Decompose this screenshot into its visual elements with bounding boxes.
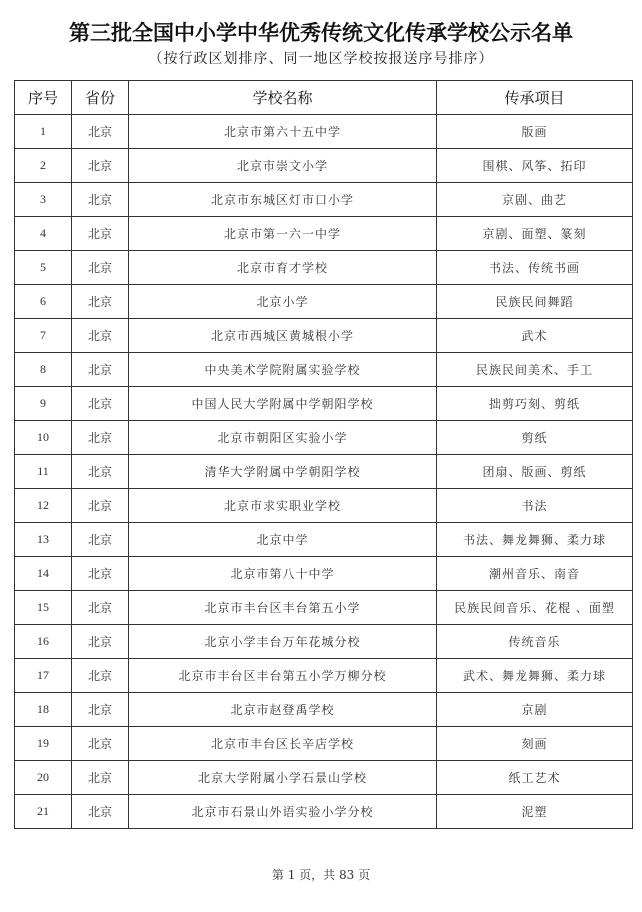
row-school-name: 中国人民大学附属中学朝阳学校 <box>129 387 437 421</box>
table-row: 16北京北京小学丰台万年花城分校传统音乐 <box>15 625 633 659</box>
table-row: 10北京北京市朝阳区实验小学剪纸 <box>15 421 633 455</box>
row-number: 17 <box>15 659 72 693</box>
row-school-name: 北京小学 <box>129 285 437 319</box>
row-school-name: 北京大学附属小学石景山学校 <box>129 761 437 795</box>
table-row: 7北京北京市西城区黄城根小学武术 <box>15 319 633 353</box>
row-province: 北京 <box>72 285 129 319</box>
school-roster-table: 序号 省份 学校名称 传承项目 1北京北京市第六十五中学版画2北京北京市崇文小学… <box>14 80 633 829</box>
row-province: 北京 <box>72 115 129 149</box>
row-heritage-project: 泥塑 <box>437 795 633 829</box>
row-province: 北京 <box>72 727 129 761</box>
table-row: 21北京北京市石景山外语实验小学分校泥塑 <box>15 795 633 829</box>
row-heritage-project: 书法、传统书画 <box>437 251 633 285</box>
row-school-name: 北京市育才学校 <box>129 251 437 285</box>
row-number: 19 <box>15 727 72 761</box>
table-row: 13北京北京中学书法、舞龙舞狮、柔力球 <box>15 523 633 557</box>
row-heritage-project: 传统音乐 <box>437 625 633 659</box>
table-header-row: 序号 省份 学校名称 传承项目 <box>15 81 633 115</box>
row-heritage-project: 潮州音乐、南音 <box>437 557 633 591</box>
page-number: 第 1 页，共 83 页 <box>0 866 642 883</box>
row-number: 8 <box>15 353 72 387</box>
row-school-name: 北京市丰台区长辛店学校 <box>129 727 437 761</box>
row-number: 15 <box>15 591 72 625</box>
row-number: 20 <box>15 761 72 795</box>
row-province: 北京 <box>72 693 129 727</box>
row-heritage-project: 团扇、版画、剪纸 <box>437 455 633 489</box>
row-number: 16 <box>15 625 72 659</box>
row-school-name: 北京市丰台区丰台第五小学万柳分校 <box>129 659 437 693</box>
row-province: 北京 <box>72 659 129 693</box>
row-school-name: 北京市赵登禹学校 <box>129 693 437 727</box>
table-row: 8北京中央美术学院附属实验学校民族民间美术、手工 <box>15 353 633 387</box>
row-province: 北京 <box>72 795 129 829</box>
row-number: 14 <box>15 557 72 591</box>
row-number: 7 <box>15 319 72 353</box>
document-title: 第三批全国中小学中华优秀传统文化传承学校公示名单 <box>0 20 642 46</box>
row-province: 北京 <box>72 421 129 455</box>
row-heritage-project: 武术 <box>437 319 633 353</box>
row-school-name: 北京市朝阳区实验小学 <box>129 421 437 455</box>
row-number: 18 <box>15 693 72 727</box>
table-row: 5北京北京市育才学校书法、传统书画 <box>15 251 633 285</box>
table-row: 4北京北京市第一六一中学京剧、面塑、篆刻 <box>15 217 633 251</box>
row-province: 北京 <box>72 149 129 183</box>
row-number: 21 <box>15 795 72 829</box>
table-row: 3北京北京市东城区灯市口小学京剧、曲艺 <box>15 183 633 217</box>
row-heritage-project: 拙剪巧刻、剪纸 <box>437 387 633 421</box>
table-row: 11北京清华大学附属中学朝阳学校团扇、版画、剪纸 <box>15 455 633 489</box>
document-subtitle: （按行政区划排序、同一地区学校按报送序号排序） <box>0 49 642 69</box>
row-school-name: 北京市第八十中学 <box>129 557 437 591</box>
table-row: 6北京北京小学民族民间舞蹈 <box>15 285 633 319</box>
table-row: 19北京北京市丰台区长辛店学校刻画 <box>15 727 633 761</box>
row-number: 12 <box>15 489 72 523</box>
header-school: 学校名称 <box>129 81 437 115</box>
row-heritage-project: 书法、舞龙舞狮、柔力球 <box>437 523 633 557</box>
row-province: 北京 <box>72 557 129 591</box>
table-row: 18北京北京市赵登禹学校京剧 <box>15 693 633 727</box>
row-school-name: 中央美术学院附属实验学校 <box>129 353 437 387</box>
row-province: 北京 <box>72 455 129 489</box>
row-heritage-project: 围棋、风筝、拓印 <box>437 149 633 183</box>
table-row: 20北京北京大学附属小学石景山学校纸工艺术 <box>15 761 633 795</box>
row-number: 13 <box>15 523 72 557</box>
row-heritage-project: 民族民间美术、手工 <box>437 353 633 387</box>
row-number: 6 <box>15 285 72 319</box>
row-heritage-project: 刻画 <box>437 727 633 761</box>
row-heritage-project: 书法 <box>437 489 633 523</box>
row-heritage-project: 京剧 <box>437 693 633 727</box>
row-number: 9 <box>15 387 72 421</box>
row-school-name: 清华大学附属中学朝阳学校 <box>129 455 437 489</box>
row-heritage-project: 京剧、曲艺 <box>437 183 633 217</box>
row-heritage-project: 武术、舞龙舞狮、柔力球 <box>437 659 633 693</box>
table-row: 1北京北京市第六十五中学版画 <box>15 115 633 149</box>
row-number: 4 <box>15 217 72 251</box>
row-number: 1 <box>15 115 72 149</box>
row-school-name: 北京市第一六一中学 <box>129 217 437 251</box>
row-number: 11 <box>15 455 72 489</box>
row-province: 北京 <box>72 183 129 217</box>
table-row: 2北京北京市崇文小学围棋、风筝、拓印 <box>15 149 633 183</box>
row-heritage-project: 民族民间舞蹈 <box>437 285 633 319</box>
row-province: 北京 <box>72 489 129 523</box>
row-province: 北京 <box>72 251 129 285</box>
header-num: 序号 <box>15 81 72 115</box>
row-province: 北京 <box>72 761 129 795</box>
row-school-name: 北京市丰台区丰台第五小学 <box>129 591 437 625</box>
row-province: 北京 <box>72 353 129 387</box>
row-number: 2 <box>15 149 72 183</box>
row-school-name: 北京中学 <box>129 523 437 557</box>
row-number: 10 <box>15 421 72 455</box>
row-province: 北京 <box>72 387 129 421</box>
header-province: 省份 <box>72 81 129 115</box>
row-number: 5 <box>15 251 72 285</box>
row-heritage-project: 版画 <box>437 115 633 149</box>
row-heritage-project: 民族民间音乐、花棍 、面塑 <box>437 591 633 625</box>
table-row: 15北京北京市丰台区丰台第五小学民族民间音乐、花棍 、面塑 <box>15 591 633 625</box>
row-number: 3 <box>15 183 72 217</box>
row-heritage-project: 纸工艺术 <box>437 761 633 795</box>
row-school-name: 北京市求实职业学校 <box>129 489 437 523</box>
row-province: 北京 <box>72 591 129 625</box>
row-school-name: 北京小学丰台万年花城分校 <box>129 625 437 659</box>
row-heritage-project: 京剧、面塑、篆刻 <box>437 217 633 251</box>
row-heritage-project: 剪纸 <box>437 421 633 455</box>
row-province: 北京 <box>72 319 129 353</box>
row-school-name: 北京市第六十五中学 <box>129 115 437 149</box>
table-row: 12北京北京市求实职业学校书法 <box>15 489 633 523</box>
row-province: 北京 <box>72 625 129 659</box>
table-row: 14北京北京市第八十中学潮州音乐、南音 <box>15 557 633 591</box>
row-school-name: 北京市东城区灯市口小学 <box>129 183 437 217</box>
table-row: 9北京中国人民大学附属中学朝阳学校拙剪巧刻、剪纸 <box>15 387 633 421</box>
row-province: 北京 <box>72 523 129 557</box>
table-body: 1北京北京市第六十五中学版画2北京北京市崇文小学围棋、风筝、拓印3北京北京市东城… <box>15 115 633 829</box>
row-province: 北京 <box>72 217 129 251</box>
header-heritage: 传承项目 <box>437 81 633 115</box>
table-row: 17北京北京市丰台区丰台第五小学万柳分校武术、舞龙舞狮、柔力球 <box>15 659 633 693</box>
row-school-name: 北京市西城区黄城根小学 <box>129 319 437 353</box>
row-school-name: 北京市崇文小学 <box>129 149 437 183</box>
row-school-name: 北京市石景山外语实验小学分校 <box>129 795 437 829</box>
